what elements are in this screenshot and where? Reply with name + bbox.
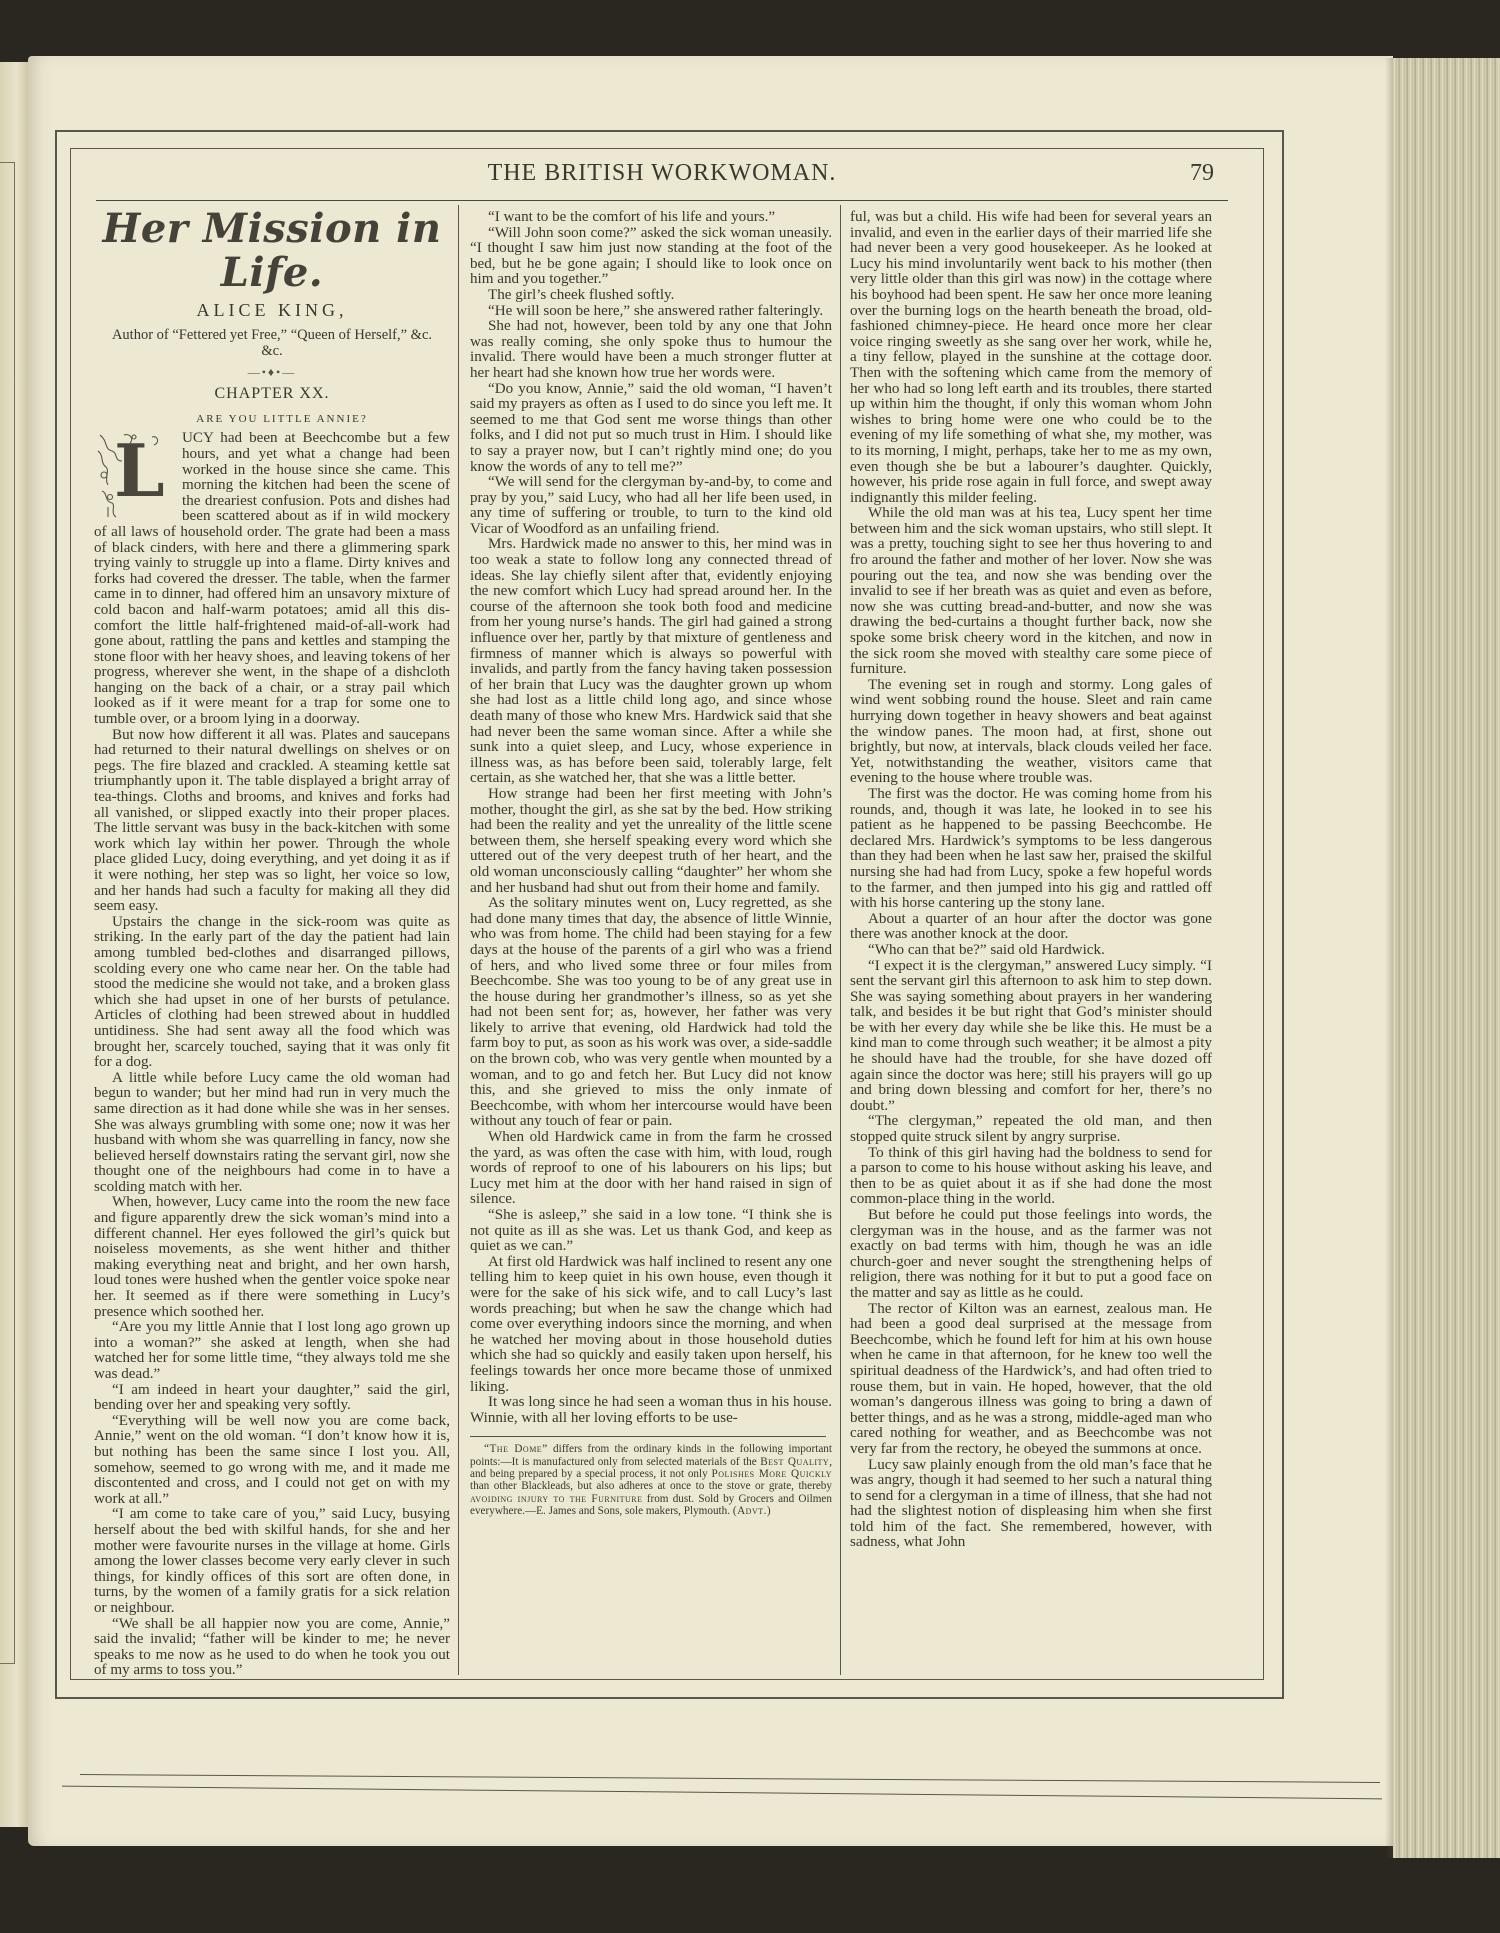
paragraph: “The clergyman,” repeated the old man, a… [850, 1114, 1212, 1145]
paragraph: The rector of Kilton was an earnest, zea… [850, 1302, 1212, 1458]
page-stack-edges [1393, 58, 1500, 1858]
paragraph: “I am indeed in heart your daughter,” sa… [94, 1383, 450, 1414]
previous-page-edge [0, 62, 29, 1827]
column-divider-2 [840, 205, 841, 1675]
paragraph: “I want to be the comfort of his life an… [470, 210, 832, 226]
paragraph: “Will John soon come?” asked the sick wo… [470, 226, 832, 288]
paragraph: How strange had been her first meeting w… [470, 787, 832, 896]
paragraph: “Everything will be well now you are com… [94, 1414, 450, 1508]
story-title: Her Mission in Life. [94, 207, 450, 295]
chapter-heading: CHAPTER XX. [94, 386, 450, 402]
text-column-3: ful, was but a child. His wife had been … [850, 210, 1212, 1551]
chapter-subtitle: ARE YOU LITTLE ANNIE? [114, 412, 450, 428]
paragraph: It was long since he had seen a woman th… [470, 1395, 832, 1426]
text-column-1: Her Mission in Life. ALICE KING, Author … [94, 203, 450, 1679]
column-divider-1 [458, 205, 459, 1675]
paragraph: As the solitary minutes went on, Lucy re… [470, 896, 832, 1130]
paragraph: To think of this girl having had the bol… [850, 1146, 1212, 1208]
paragraph: “I expect it is the clergyman,” answered… [850, 959, 1212, 1115]
paragraph: But now how different it all was. Plates… [94, 728, 450, 915]
paragraph: At first old Hardwick was half inclined … [470, 1255, 832, 1395]
paragraph: But before he could put those feelings i… [850, 1208, 1212, 1302]
paragraph: “We shall be all happier now you are com… [94, 1617, 450, 1679]
advert-rule [470, 1436, 826, 1437]
publication-title: THE BRITISH WORKWOMAN. [98, 160, 1226, 187]
ornament-divider: —•♦•— [94, 365, 450, 381]
paragraph: The evening set in rough and stormy. Lon… [850, 678, 1212, 787]
previous-page-frame [0, 162, 15, 1664]
ornamental-dropcap: L [94, 431, 176, 521]
paragraph: Upstairs the change in the sick-room was… [94, 915, 450, 1071]
paragraph: “Do you know, Annie,” said the old woman… [470, 382, 832, 476]
paragraph: Lucy saw plainly enough from the old man… [850, 1458, 1212, 1552]
paragraph: The first was the doctor. He was coming … [850, 787, 1212, 912]
running-header: THE BRITISH WORKWOMAN. 79 [98, 160, 1226, 198]
paragraph: Mrs. Hardwick made no answer to this, he… [470, 537, 832, 787]
paragraph: When old Hardwick came in from the farm … [470, 1130, 832, 1208]
paragraph: When, however, Lucy came into the room t… [94, 1195, 450, 1320]
paragraph: About a quarter of an hour after the doc… [850, 912, 1212, 943]
dropcap-letter: L [114, 435, 165, 507]
page-number: 79 [1190, 160, 1214, 187]
paragraph: “I am come to take care of you,” said Lu… [94, 1507, 450, 1616]
advert-tag: (Advt.) [733, 1505, 771, 1517]
paragraph: “She is asleep,” she said in a low tone.… [470, 1208, 832, 1255]
paragraph: While the old man was at his tea, Lucy s… [850, 506, 1212, 678]
paragraph: The girl’s cheek flushed softly. [470, 288, 832, 304]
advert-text: than other Blackleads, but also adheres … [470, 1480, 832, 1492]
advert-emphasis: avoiding injury to the Furniture [470, 1493, 643, 1505]
paragraph: She had not, however, been told by any o… [470, 319, 832, 381]
advert-emphasis: Best Quality [760, 1456, 829, 1468]
paragraph: ful, was but a child. His wife had been … [850, 210, 1212, 506]
paragraph: “We will send for the clergyman by-and-b… [470, 475, 832, 537]
text-column-2: “I want to be the comfort of his life an… [470, 210, 832, 1517]
author-name: ALICE KING, [94, 303, 450, 319]
advert-emphasis: Polishes More Quickly [711, 1468, 832, 1480]
advertisement: “The Dome” differs from the ordinary kin… [470, 1443, 832, 1517]
advert-brand: “The Dome” [484, 1443, 548, 1455]
paragraph: “He will soon be here,” she answered rat… [470, 304, 832, 320]
paragraph: “Who can that be?” said old Hardwick. [850, 943, 1212, 959]
paragraph: A little while before Lucy came the old … [94, 1071, 450, 1196]
paragraph: “Are you my little Annie that I lost lon… [94, 1320, 450, 1382]
header-rule [96, 200, 1228, 201]
author-credits: Author of “Fettered yet Free,” “Queen of… [108, 327, 436, 359]
